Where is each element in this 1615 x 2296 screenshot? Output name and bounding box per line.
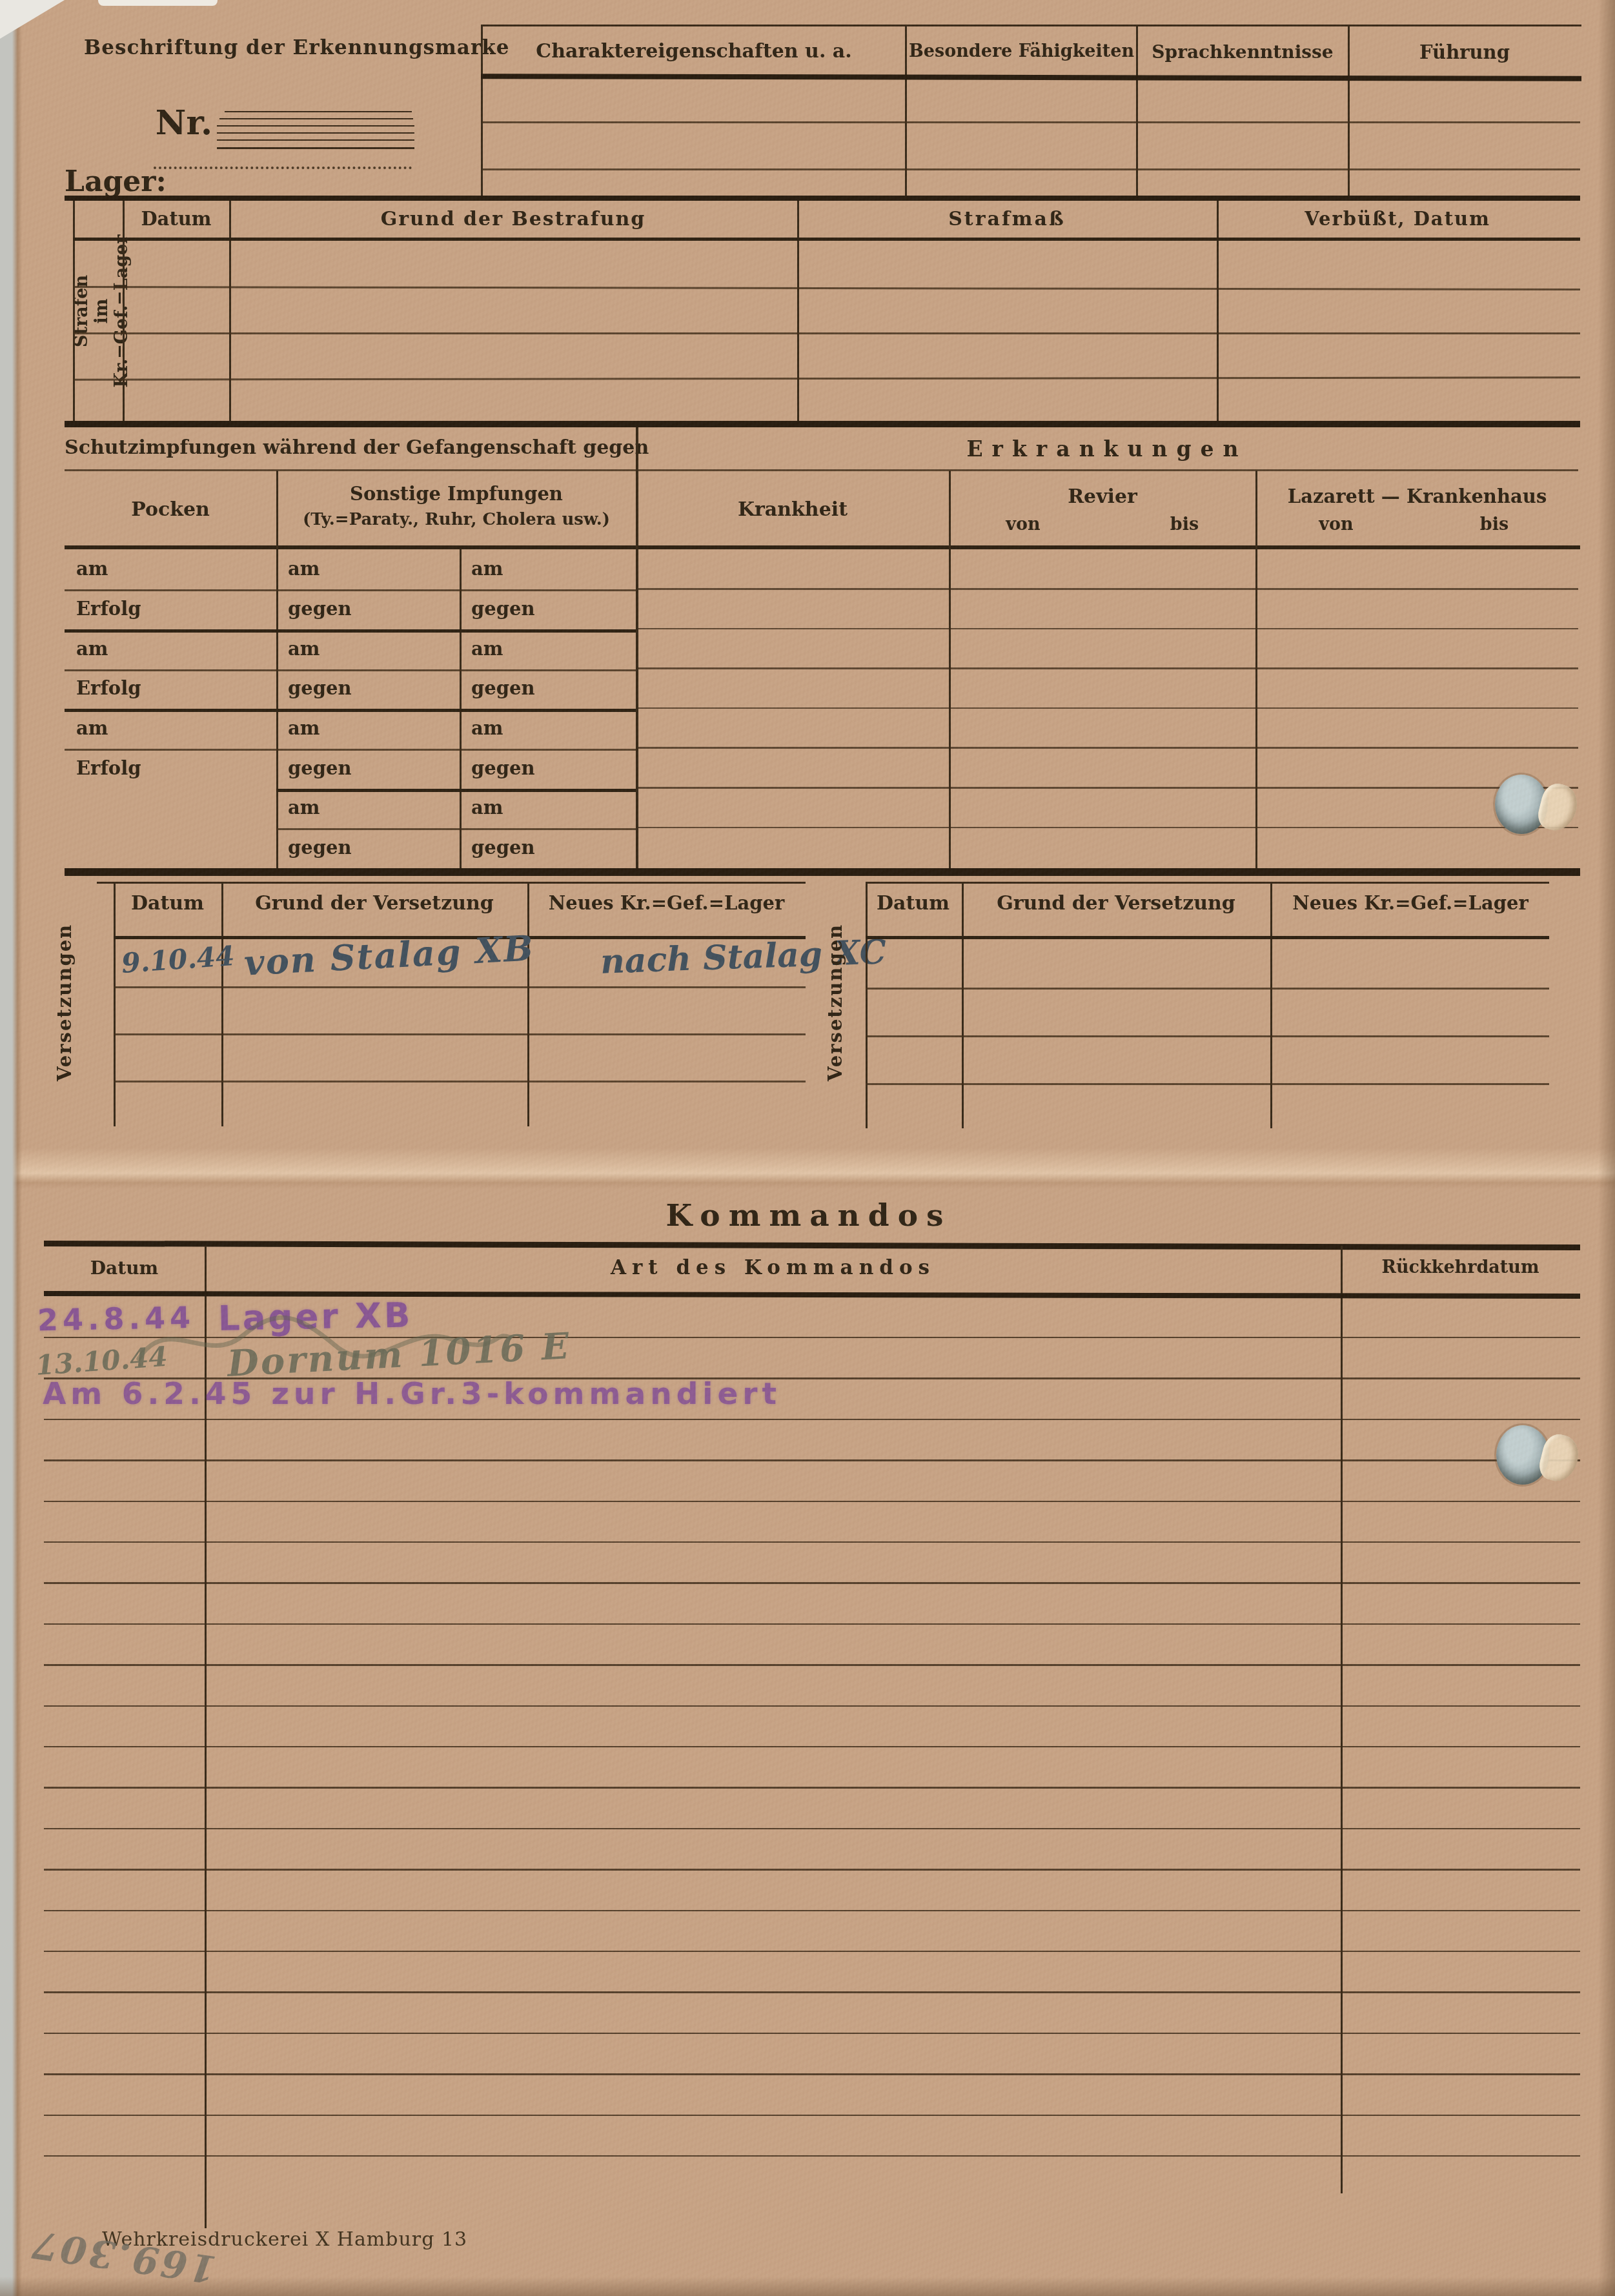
transfers-right-top bbox=[866, 882, 1549, 884]
impf-row-line bbox=[65, 749, 636, 751]
strafen-row-line bbox=[73, 286, 1580, 290]
page-edge-bottom bbox=[0, 2277, 1615, 2296]
impfungen-bottom-border bbox=[65, 868, 1580, 876]
ruled-line bbox=[217, 125, 414, 127]
strafen-divider bbox=[123, 201, 125, 421]
kommandos-col-datum: Datum bbox=[45, 1257, 203, 1279]
strafen-divider bbox=[1217, 201, 1219, 421]
strafen-col-strafmass: Strafmaß bbox=[798, 208, 1215, 230]
transfers-right-divider bbox=[1270, 883, 1272, 1128]
impfungen-col-pocken: Pocken bbox=[65, 498, 276, 521]
transfers-left-col-neues: Neues Kr.=Gef.=Lager bbox=[529, 892, 804, 914]
versetzungen-label-text: Versetzungen bbox=[824, 926, 846, 1081]
impfungen-title: Schutzimpfungen während der Gefangenscha… bbox=[65, 436, 636, 459]
traits-top-border bbox=[481, 25, 1581, 26]
traits-row-line bbox=[482, 121, 1580, 123]
transfers-row-line bbox=[866, 1035, 1549, 1037]
transfer-entry-datum: 9.10.44 bbox=[121, 940, 236, 979]
traits-col-faehigkeiten: Besondere Fähigkeiten bbox=[909, 41, 1133, 61]
ruled-line bbox=[217, 147, 414, 149]
scanned-document: Beschriftung der Erkennungsmarke Nr. Lag… bbox=[0, 0, 1615, 2296]
kommando-entry-3-art: Am 6.2.45 zur H.Gr.3-kommandiert bbox=[43, 1376, 781, 1412]
lazarett-bis-label: bis bbox=[1439, 514, 1549, 534]
transfers-row-line bbox=[866, 1083, 1549, 1085]
pocken-row-erfolg: Erfolg bbox=[76, 598, 167, 620]
impfungen-col-sonstige-2: (Ty.=Paraty., Ruhr, Cholera usw.) bbox=[279, 510, 634, 529]
transfers-row-line bbox=[114, 1081, 806, 1082]
traits-col-fuehrung: Führung bbox=[1352, 41, 1578, 63]
pocken-row-erfolg: Erfolg bbox=[76, 757, 167, 779]
versetzungen-left-side-label: Versetzungen bbox=[54, 926, 86, 1081]
fold-crease bbox=[0, 1148, 1615, 1189]
transfers-left-top bbox=[97, 882, 806, 884]
strafen-divider bbox=[229, 201, 231, 421]
transfers-right-col-grund: Grund der Versetzung bbox=[963, 892, 1269, 915]
ruled-line bbox=[219, 118, 413, 119]
pocken-row-am: am bbox=[76, 638, 141, 660]
traits-divider bbox=[1348, 26, 1350, 196]
sonstige2-row-am: am bbox=[471, 558, 536, 580]
ruled-line bbox=[217, 139, 414, 141]
sonstige2-row-gegen: gegen bbox=[471, 757, 562, 779]
punch-hole bbox=[1496, 1425, 1549, 1485]
impf-pair-line bbox=[65, 629, 636, 633]
pocken-row-am: am bbox=[76, 558, 141, 580]
versetzungen-label-text: Versetzungen bbox=[54, 926, 76, 1081]
impfungen-col-sonstige-1: Sonstige Impfungen bbox=[279, 483, 634, 505]
revier-von-label: von bbox=[968, 514, 1078, 534]
transfers-right-header-rule bbox=[866, 936, 1549, 939]
kommandos-ruled-rows bbox=[44, 1297, 1580, 2195]
strafen-col-verbuesst: Verbüßt, Datum bbox=[1218, 208, 1577, 230]
pocken-row-erfolg: Erfolg bbox=[76, 677, 167, 699]
page-edge-left bbox=[0, 0, 22, 2296]
transfers-row-line bbox=[866, 988, 1549, 990]
impf-row-line bbox=[276, 828, 636, 830]
transfers-left-divider bbox=[221, 883, 223, 1126]
transfers-right-border bbox=[866, 883, 868, 1128]
impf-row-line bbox=[65, 669, 636, 671]
versetzungen-right-side-label: Versetzungen bbox=[824, 926, 857, 1081]
sonstige2-row-am: am bbox=[471, 638, 536, 660]
punch-hole bbox=[1495, 775, 1548, 834]
erkrankungen-title: Erkrankungen bbox=[636, 436, 1578, 462]
kommandos-top-border bbox=[44, 1241, 1580, 1250]
pocken-row-am: am bbox=[76, 717, 141, 739]
sonstige1-row-gegen: gegen bbox=[288, 677, 378, 699]
strafen-side-label: Strafen im Kr.=Gef.=Lager bbox=[72, 224, 126, 398]
idbox-lager-label: Lager: bbox=[65, 165, 155, 198]
sonstige1-row-am: am bbox=[288, 558, 352, 580]
page-corner-topleft bbox=[0, 0, 65, 39]
ruled-line bbox=[217, 132, 414, 134]
transfers-right-col-datum: Datum bbox=[867, 892, 959, 915]
traits-divider bbox=[905, 26, 907, 196]
transfers-right-divider bbox=[962, 883, 964, 1128]
transfers-row-line bbox=[114, 1033, 806, 1035]
impf-pair-line bbox=[65, 709, 636, 712]
impf-row-line bbox=[65, 589, 636, 591]
sonstige1-row-gegen: gegen bbox=[288, 757, 378, 779]
strafen-side-label-line2: im Kr.=Gef.=Lager bbox=[92, 224, 132, 398]
idbox-title: Beschriftung der Erkennungsmarke bbox=[84, 36, 465, 59]
transfers-left-border bbox=[114, 883, 116, 1126]
strafen-row-line bbox=[73, 376, 1580, 380]
strafen-col-datum: Datum bbox=[124, 208, 229, 230]
sonstige1-row-am: am bbox=[288, 797, 352, 818]
strafen-top-border bbox=[65, 196, 1580, 201]
revier-bis-label: bis bbox=[1130, 514, 1239, 534]
sonstige2-row-am: am bbox=[471, 797, 536, 818]
impfungen-title-rule bbox=[65, 469, 636, 471]
sonstige2-row-am: am bbox=[471, 717, 536, 739]
sonstige2-row-gegen: gegen bbox=[471, 837, 562, 858]
kommandos-title: Kommandos bbox=[581, 1198, 1037, 1234]
transfers-left-col-datum: Datum bbox=[115, 892, 220, 915]
strafen-col-grund: Grund der Bestrafung bbox=[230, 208, 796, 230]
sonstige2-row-gegen: gegen bbox=[471, 677, 562, 699]
erkrankungen-title-rule bbox=[636, 469, 1578, 471]
erkrankungen-ruled-rows bbox=[638, 550, 1578, 866]
strafen-row-line bbox=[73, 332, 1580, 334]
sonstige2-row-gegen: gegen bbox=[471, 598, 562, 620]
transfers-left-col-grund: Grund der Versetzung bbox=[223, 892, 526, 915]
erkrankungen-col-lazarett: Lazarett — Krankenhaus bbox=[1257, 485, 1577, 507]
sonstige1-row-gegen: gegen bbox=[288, 598, 378, 620]
sonstige1-row-am: am bbox=[288, 717, 352, 739]
transfers-row-line bbox=[114, 986, 806, 988]
traits-divider bbox=[1136, 26, 1138, 196]
erkrankungen-col-revier: Revier bbox=[951, 485, 1254, 508]
page-edge-right bbox=[1598, 0, 1615, 2296]
idbox-nr-label: Nr. bbox=[148, 103, 219, 143]
erkrankungen-col-krankheit: Krankheit bbox=[638, 498, 948, 521]
page-edge-top-notch bbox=[98, 0, 218, 6]
strafen-header-rule bbox=[73, 238, 1580, 241]
transfers-left-divider bbox=[527, 883, 529, 1126]
sonstige1-row-gegen: gegen bbox=[288, 837, 378, 858]
strafen-outer-left bbox=[73, 201, 75, 421]
kommandos-col-rueckkehr: Rückkehrdatum bbox=[1343, 1257, 1578, 1277]
traits-left-border bbox=[481, 25, 483, 197]
kommandos-col-art: Art des Kommandos bbox=[207, 1256, 1339, 1279]
impf-pair-line bbox=[276, 789, 636, 792]
lager-dotted-line bbox=[154, 167, 412, 169]
lazarett-von-label: von bbox=[1281, 514, 1391, 534]
impfungen-header-rule bbox=[65, 545, 1580, 549]
transfers-right-col-neues: Neues Kr.=Gef.=Lager bbox=[1272, 892, 1549, 914]
traits-row-line bbox=[482, 168, 1580, 170]
traits-col-sprachen: Sprachkenntnisse bbox=[1140, 41, 1345, 63]
strafen-divider bbox=[797, 201, 799, 421]
strafen-bottom-border bbox=[65, 421, 1580, 427]
card-paper: Beschriftung der Erkennungsmarke Nr. Lag… bbox=[0, 0, 1615, 2296]
ruled-line bbox=[225, 111, 412, 112]
traits-col-charakter: Charaktereigenschaften u. a. bbox=[491, 40, 897, 63]
sonstige1-row-am: am bbox=[288, 638, 352, 660]
traits-header-rule bbox=[481, 74, 1581, 81]
